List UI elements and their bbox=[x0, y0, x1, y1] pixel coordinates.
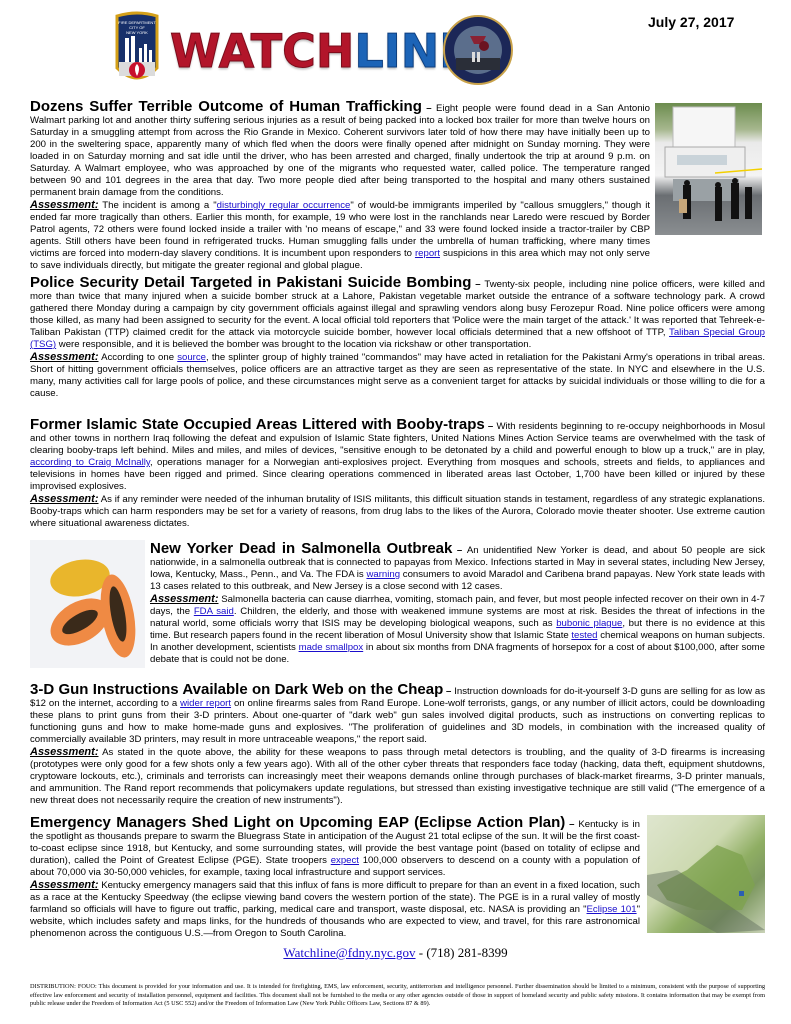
assessment-label: Assessment: bbox=[30, 199, 98, 211]
assessment-paragraph: Assessment: According to one source, the… bbox=[30, 351, 765, 400]
article-body: Emergency Managers Shed Light on Upcomin… bbox=[30, 817, 640, 879]
assessment-label: Assessment: bbox=[30, 746, 98, 758]
link-wider-report[interactable]: wider report bbox=[180, 698, 231, 709]
article-body: New Yorker Dead in Salmonella Outbreak –… bbox=[150, 543, 765, 593]
assessment-paragraph: Assessment: Kentucky emergency managers … bbox=[30, 879, 640, 940]
svg-text:NEW YORK: NEW YORK bbox=[126, 30, 148, 35]
truck-scene-icon bbox=[655, 103, 762, 235]
article-pakistan-bombing: Police Security Detail Targeted in Pakis… bbox=[30, 277, 765, 400]
papaya-icon bbox=[30, 540, 145, 668]
contact-email-link[interactable]: Watchline@fdny.nyc.gov bbox=[283, 945, 415, 960]
assessment-label: Assessment: bbox=[30, 351, 98, 363]
assessment-text: The incident is among a " bbox=[98, 200, 216, 211]
ctp-seal-icon bbox=[442, 14, 514, 86]
article-human-trafficking: Dozens Suffer Terrible Outcome of Human … bbox=[30, 101, 650, 272]
assessment-paragraph: Assessment: As if any reminder were need… bbox=[30, 493, 765, 530]
headline-dash: – bbox=[422, 103, 436, 114]
kentucky-eclipse-map bbox=[647, 815, 765, 933]
header: FIRE DEPARTMENT CITY OF NEW YORK WATCHLI… bbox=[0, 0, 791, 95]
papaya-photo bbox=[30, 540, 145, 668]
link-expect[interactable]: expect bbox=[331, 855, 359, 866]
link-fda-said[interactable]: FDA said bbox=[194, 606, 234, 617]
article-booby-traps: Former Islamic State Occupied Areas Litt… bbox=[30, 419, 765, 530]
link-made-smallpox[interactable]: made smallpox bbox=[299, 642, 364, 653]
link-disturbingly-regular-occurrence[interactable]: disturbingly regular occurrence bbox=[217, 200, 351, 211]
assessment-paragraph: Assessment: Salmonella bacteria can caus… bbox=[150, 593, 765, 666]
link-craig-mcinally[interactable]: according to Craig McInally bbox=[30, 457, 150, 468]
link-source[interactable]: source bbox=[177, 352, 206, 363]
headline-dash: – bbox=[471, 279, 484, 290]
distribution-disclaimer: DISTRIBUTION: FOUO: This document is pro… bbox=[30, 983, 765, 1009]
link-tested[interactable]: tested bbox=[571, 630, 597, 641]
article-3d-guns: 3-D Gun Instructions Available on Dark W… bbox=[30, 684, 765, 807]
map-icon bbox=[647, 815, 765, 933]
article-salmonella: New Yorker Dead in Salmonella Outbreak –… bbox=[150, 543, 765, 666]
assessment-paragraph: Assessment: The incident is among a "dis… bbox=[30, 199, 650, 272]
assessment-text: Kentucky emergency managers said that th… bbox=[30, 880, 640, 915]
link-warning[interactable]: warning bbox=[366, 569, 400, 580]
article-body: Former Islamic State Occupied Areas Litt… bbox=[30, 419, 765, 493]
article-headline: Dozens Suffer Terrible Outcome of Human … bbox=[30, 98, 422, 115]
article-headline: Former Islamic State Occupied Areas Litt… bbox=[30, 416, 485, 433]
watchline-newsletter-page: FIRE DEPARTMENT CITY OF NEW YORK WATCHLI… bbox=[0, 0, 791, 1024]
headline-dash: – bbox=[443, 686, 454, 697]
footer-contact: Watchline@fdny.nyc.gov - (718) 281-8399 bbox=[0, 945, 791, 961]
contact-phone: - (718) 281-8399 bbox=[416, 945, 508, 960]
article-body: Dozens Suffer Terrible Outcome of Human … bbox=[30, 101, 650, 199]
article-headline: New Yorker Dead in Salmonella Outbreak bbox=[150, 540, 452, 557]
article-text: were responsible, and it is believed the… bbox=[56, 339, 531, 350]
assessment-text: According to one bbox=[98, 352, 177, 363]
watchline-title-part1: WATCH bbox=[170, 24, 354, 78]
assessment-label: Assessment: bbox=[30, 879, 98, 891]
article-text: Eight people were found dead in a San An… bbox=[30, 103, 650, 198]
fdny-shield-logo-icon: FIRE DEPARTMENT CITY OF NEW YORK bbox=[113, 10, 161, 90]
watchline-logo: WATCHLINE bbox=[170, 22, 430, 80]
link-eclipse-101[interactable]: Eclipse 101 bbox=[587, 904, 637, 915]
article-body: Police Security Detail Targeted in Pakis… bbox=[30, 277, 765, 351]
assessment-label: Assessment: bbox=[30, 493, 98, 505]
trafficking-truck-photo bbox=[655, 103, 762, 235]
link-bubonic-plague[interactable]: bubonic plague bbox=[556, 618, 622, 629]
assessment-paragraph: Assessment: As stated in the quote above… bbox=[30, 746, 765, 807]
headline-dash: – bbox=[452, 545, 466, 556]
headline-dash: – bbox=[485, 421, 497, 432]
article-headline: Emergency Managers Shed Light on Upcomin… bbox=[30, 814, 565, 831]
assessment-label: Assessment: bbox=[150, 593, 218, 605]
link-report[interactable]: report bbox=[415, 248, 440, 259]
article-body: 3-D Gun Instructions Available on Dark W… bbox=[30, 684, 765, 746]
assessment-text: As stated in the quote above, the abilit… bbox=[30, 747, 765, 806]
article-headline: Police Security Detail Targeted in Pakis… bbox=[30, 274, 471, 291]
article-eclipse: Emergency Managers Shed Light on Upcomin… bbox=[30, 817, 640, 940]
issue-date: July 27, 2017 bbox=[648, 14, 734, 30]
headline-dash: – bbox=[565, 819, 578, 830]
article-headline: 3-D Gun Instructions Available on Dark W… bbox=[30, 681, 443, 698]
assessment-text: As if any reminder were needed of the in… bbox=[30, 494, 765, 529]
